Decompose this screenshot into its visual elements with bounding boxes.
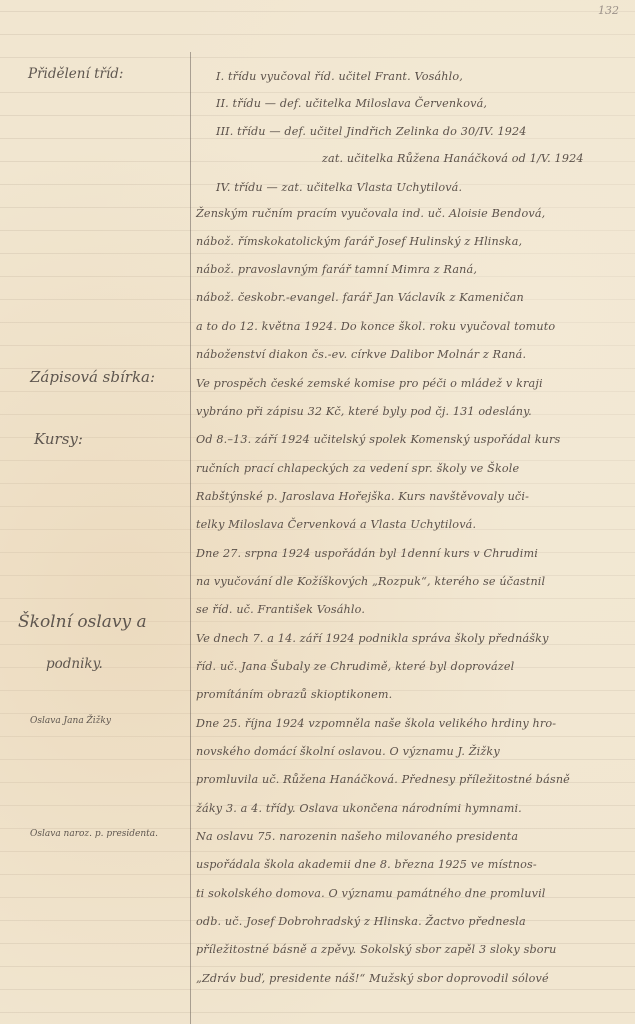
margin-rule-divider xyxy=(190,52,191,1024)
text-line: III. třídu — def. učitel Jindřich Zelink… xyxy=(216,125,527,138)
text-line: promluvila uč. Růžena Hanáčková. Přednes… xyxy=(196,773,570,786)
text-line: Rabštýnské p. Jaroslava Hořejška. Kurs n… xyxy=(196,490,529,503)
text-line: Na oslavu 75. narozenin našeho milovanéh… xyxy=(196,830,518,843)
text-line: vybráno při zápisu 32 Kč, které byly pod… xyxy=(196,405,532,418)
text-line: „Zdráv buď, presidente náš!“ Mužský sbor… xyxy=(196,972,549,985)
text-line: IV. třídu — zat. učitelka Vlasta Uchytil… xyxy=(216,181,462,194)
margin-label-zizka-celebration: Oslava Jana Žižky xyxy=(30,716,215,726)
text-line: II. třídu — def. učitelka Miloslava Červ… xyxy=(216,97,487,110)
text-line: Ve prospěch české zemské komise pro péči… xyxy=(196,377,543,390)
text-line: uspořádala škola akademii dne 8. března … xyxy=(196,858,537,871)
text-line: příležitostné básně a zpěvy. Sokolský sb… xyxy=(196,943,557,956)
margin-label-enrolment-collection: Zápisová sbírka: xyxy=(30,368,215,386)
margin-label-president-birthday: Oslava naroz. p. presidenta. xyxy=(30,829,215,839)
text-line: ručních prací chlapeckých za vedení spr.… xyxy=(196,462,519,475)
text-line: se říd. uč. František Vosáhlo. xyxy=(196,603,365,616)
text-line: promítáním obrazů skioptikonem. xyxy=(196,688,392,701)
text-line: Dne 27. srpna 1924 uspořádán byl 1denní … xyxy=(196,547,538,560)
margin-label-class-assignment: Přidělení tříd: xyxy=(28,66,213,82)
text-line: náboženství diakon čs.-ev. církve Dalibo… xyxy=(196,348,526,361)
text-line: nábož. pravoslavným farář tamní Mimra z … xyxy=(196,263,477,276)
text-line: zat. učitelka Růžena Hanáčková od 1/V. 1… xyxy=(322,152,584,165)
text-line: telky Miloslava Červenková a Vlasta Uchy… xyxy=(196,518,476,531)
text-line: ti sokolského domova. O významu památnéh… xyxy=(196,887,546,900)
text-line: říd. uč. Jana Šubaly ze Chrudimě, které … xyxy=(196,660,514,673)
text-line: Od 8.–13. září 1924 učitelský spolek Kom… xyxy=(196,433,560,446)
text-line: žáky 3. a 4. třídy. Oslava ukončena náro… xyxy=(196,802,522,815)
text-line: Dne 25. října 1924 vzpomněla naše škola … xyxy=(196,717,556,730)
text-line: a to do 12. května 1924. Do konce škol. … xyxy=(196,320,555,333)
text-line: na vyučování dle Kožíškových „Rozpuk“, k… xyxy=(196,575,545,588)
page-number: 132 xyxy=(598,4,619,17)
ledger-page: 132 Přidělení tříd: Zápisová sbírka: Kur… xyxy=(0,0,635,1024)
margin-label-school-celebrations: Školní oslavy a xyxy=(18,612,203,632)
text-line: novského domácí školní oslavou. O význam… xyxy=(196,745,500,758)
text-line: odb. uč. Josef Dobrohradský z Hlinska. Ž… xyxy=(196,915,526,928)
text-line: Ženským ručním pracím vyučovala ind. uč.… xyxy=(196,207,545,220)
margin-label-courses: Kursy: xyxy=(34,430,219,448)
text-line: nábož. českobr.-evangel. farář Jan Václa… xyxy=(196,291,524,304)
text-line: Ve dnech 7. a 14. září 1924 podnikla spr… xyxy=(196,632,549,645)
text-line: nábož. římskokatolickým farář Josef Huli… xyxy=(196,235,522,248)
text-line: I. třídu vyučoval říd. učitel Frant. Vos… xyxy=(216,70,463,83)
